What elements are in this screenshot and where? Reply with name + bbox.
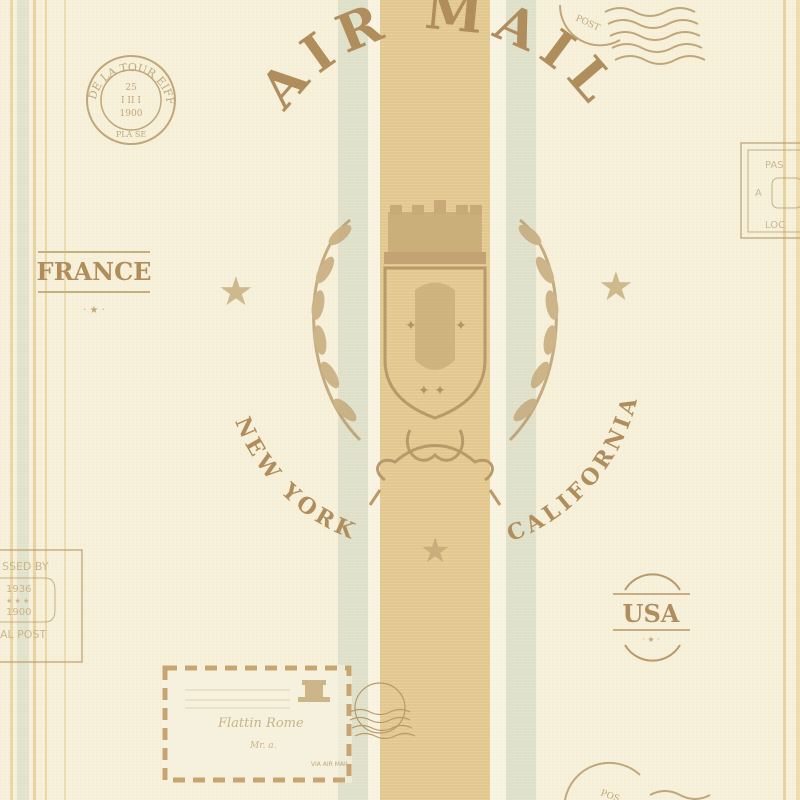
ribbon-scroll-icon [370,430,500,505]
crest-bottom-left-text: NEW YORK [229,413,362,546]
svg-text:25: 25 [125,83,137,93]
svg-text:· ★ ·: · ★ · [83,305,105,316]
svg-text:FRANCE: FRANCE [37,257,152,286]
svg-text:NEW YORK: NEW YORK [229,413,362,546]
svg-text:· ★ ·: · ★ · [642,635,659,644]
svg-text:LOC: LOC [765,220,785,231]
svg-text:VIA AIR MAIL: VIA AIR MAIL [311,761,350,768]
svg-text:POS: POS [599,788,621,800]
svg-text:GE DE LA TOUR EIFFEL: GE DE LA TOUR EIFFEL [0,0,177,106]
svg-text:★ ★ ★: ★ ★ ★ [6,597,29,605]
svg-text:PAS: PAS [765,160,784,171]
svg-text:Flattin Rome: Flattin Rome [217,716,304,731]
airmail-envelope: Flattin Rome Mr. a. VIA AIR MAIL [162,665,415,783]
svg-text:★: ★ [598,264,634,310]
svg-text:✦: ✦ [455,318,467,334]
svg-text:SSED BY: SSED BY [2,560,49,573]
svg-text:1900: 1900 [120,109,143,119]
crest-top-arc-text: AIR MAIL [248,0,632,121]
svg-text:AL POST: AL POST [0,628,46,641]
france-label: FRANCE · ★ · [37,252,152,316]
post-cancellation-stamp-bottom: POS [565,763,710,800]
circular-postmark-icon [350,683,415,739]
passport-stamp-right: PAS A LOC [741,143,800,238]
svg-text:AIR MAIL: AIR MAIL [248,0,632,121]
usa-label: USA · ★ · [613,574,690,660]
svg-text:✦ ✦: ✦ ✦ [418,383,446,399]
svg-text:1936: 1936 [6,584,31,595]
svg-text:★: ★ [218,269,254,315]
passed-by-stamp-left: SSED BY 1936 ★ ★ ★ 1900 AL POST [0,550,82,662]
svg-text:Mr. a.: Mr. a. [249,741,277,751]
svg-text:I II I: I II I [121,96,141,106]
svg-text:USA: USA [623,599,680,628]
svg-text:PLA SE: PLA SE [116,130,146,139]
svg-text:1900: 1900 [6,607,31,618]
wallpaper-motifs: AIR MAIL NEW YORK CALIFORNIA [0,0,800,800]
svg-text:A: A [755,188,762,199]
svg-text:★: ★ [420,531,450,571]
shield-crest-icon: ✦ ✦ ✦ ✦ [385,268,485,418]
eiffel-postmark-stamp: GE DE LA TOUR EIFFEL 25 I II I 1900 PLA … [0,0,177,144]
crown-icon [384,200,486,264]
svg-text:✦: ✦ [405,318,417,334]
